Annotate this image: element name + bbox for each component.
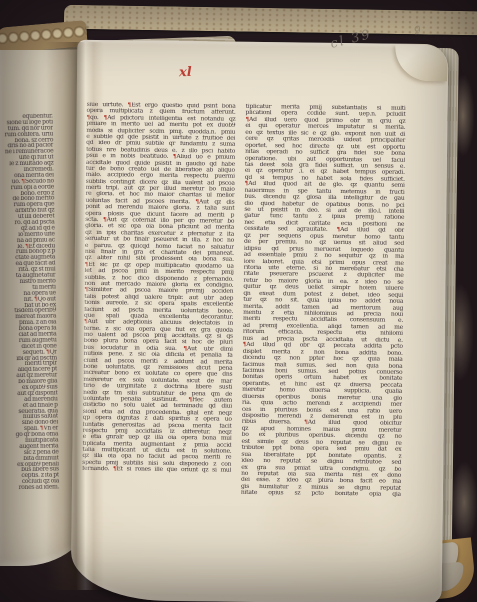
rubric-paragraph-mark: ¶ [243,342,247,348]
rubric-paragraph-mark: ¶ [173,153,177,160]
book-photograph: equbentur.sione ul loge potitum. qd nor … [0,0,477,602]
rubric-paragraph-mark: ¶ [85,262,89,268]
rubric-paragraph-mark: ¶ [245,117,249,123]
rubric-paragraph-mark: ¶ [84,287,88,293]
rubric-paragraph-mark: ¶ [103,217,107,223]
rubric-paragraph-mark: ¶ [104,115,108,121]
recto-page: xl siue uirtute. ¶Est ergo questio quid … [71,40,449,602]
text-column-left: siue uirtute. ¶Est ergo questio quid psi… [82,102,236,476]
rubric-paragraph-mark: ¶ [183,345,187,352]
rubric-paragraph-mark: ¶ [245,181,249,187]
rubric-paragraph-mark: ¶ [128,102,132,109]
text-line: fernando. ¶Et si rones ille que oriunt q… [82,466,231,474]
rubric-paragraph-mark: ¶ [337,226,341,233]
rubric-paragraph-mark: ¶ [113,466,117,472]
text-line: rones ad idem. [0,484,59,491]
text-column-right: tiplicatur merita pmij substantialis si … [241,104,406,500]
verso-text-column: equbentur.sione ul loge potitum. qd nor … [0,113,59,492]
rubric-paragraph-mark: ¶ [304,419,308,426]
rubric-paragraph-mark: ¶ [86,115,90,121]
rubric-paragraph-mark: ¶ [195,198,199,205]
text-line: nitate opius sz pcto bonitate opia qia [241,490,401,498]
rubric-paragraph-mark: ¶ [188,396,192,403]
rubric-paragraph-mark: ¶ [84,319,88,325]
folio-number: xl [179,65,192,80]
